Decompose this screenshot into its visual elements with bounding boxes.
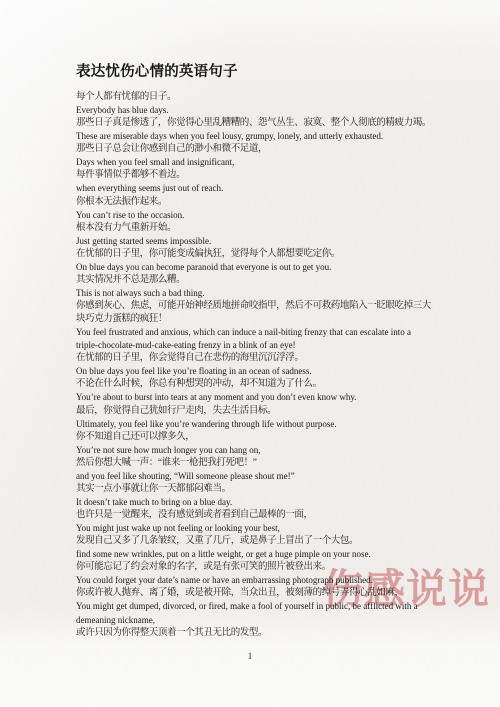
text-line: demeaning nickname, [76,614,436,627]
text-line: 或许只因为你得整天顶着一个其丑无比的发型。 [76,627,436,640]
page-title: 表达忧伤心情的英语句子 [76,64,436,81]
text-line: 在忧郁的日子里，你可能变成偏执狂，觉得每个人都想要吃定你。 [76,248,436,261]
text-line: 你感到灰心、焦虑，可能开始神经质地拼命咬指甲，然后不可救药地陷入一眨眼吃掉三大 [76,300,436,313]
text-line: Ultimately, you feel like you’re wanderi… [76,418,436,431]
document-content: 表达忧伤心情的英语句子 每个人都有忧郁的日子。Everybody has blu… [76,64,436,640]
text-line: This is not always such a bad thing. [76,287,436,300]
text-line: You’re about to burst into tears at any … [76,391,436,404]
text-line: 那些日子真是惨透了，你觉得心里乱糟糟的、怨气丛生、寂寞、整个人彻底的精疲力竭。 [76,117,436,130]
text-line: 其实情况并不总是那么糟。 [76,274,436,287]
text-line: when everything seems just out of reach. [76,182,436,195]
text-line: 不论在什么时候，你总有种想哭的冲动，却不知道为了什么。 [76,378,436,391]
text-line: 发现自己又多了几条皱纹，又重了几斤，或是鼻子上冒出了一个大包。 [76,535,436,548]
text-line: and you feel like shouting, “Will someon… [76,470,436,483]
text-lines: 每个人都有忧郁的日子。Everybody has blue days.那些日子真… [76,91,436,640]
text-line: These are miserable days when you feel l… [76,130,436,143]
page-number: 1 [0,651,500,661]
text-line: Days when you feel small and insignifica… [76,156,436,169]
text-line: 最后，你觉得自己犹如行尸走肉，失去生活目标。 [76,405,436,418]
text-line: 在忧郁的日子里，你会觉得自己在悲伤的海里沉沉浮浮。 [76,352,436,365]
text-line: 你可能忘记了约会对象的名字，或是有张可笑的照片被登出来。 [76,561,436,574]
text-line: 块巧克力蛋糕的疯狂！ [76,313,436,326]
text-line: find some new wrinkles, put on a little … [76,548,436,561]
text-line: You’re not sure how much longer you can … [76,444,436,457]
text-line: 你根本无法振作起来。 [76,196,436,209]
text-line: 也许只是一觉醒来，没有感觉到或者看到自己最棒的一面， [76,509,436,522]
text-line: On blue days you can become paranoid tha… [76,261,436,274]
text-line: 那些日子总会让你感到自己的渺小和微不足道， [76,143,436,156]
text-line: 然后你想大喊一声：“谁来一枪把我打死吧！” [76,457,436,470]
text-line: You might just wake up not feeling or lo… [76,522,436,535]
text-line: You feel frustrated and anxious, which c… [76,326,436,339]
document-page: 伤感说说 表达忧伤心情的英语句子 每个人都有忧郁的日子。Everybody ha… [0,0,500,707]
text-line: 根本没有力气重新开始。 [76,222,436,235]
text-line: 每个人都有忧郁的日子。 [76,91,436,104]
text-line: Everybody has blue days. [76,104,436,117]
text-line: It doesn’t take much to bring on a blue … [76,496,436,509]
text-line: You could forget your date’s name or hav… [76,574,436,587]
text-line: You might get dumped, divorced, or fired… [76,600,436,613]
text-line: 你不知道自己还可以撑多久， [76,431,436,444]
text-line: 每件事情似乎都够不着边。 [76,169,436,182]
text-line: On blue days you feel like you’re floati… [76,365,436,378]
text-line: Just getting started seems impossible. [76,235,436,248]
text-line: 其实一点小事就让你一天都郁闷难当。 [76,483,436,496]
text-line: triple-chocolate-mud-cake-eating frenzy … [76,339,436,352]
text-line: You can’t rise to the occasion. [76,209,436,222]
text-line: 你或许被人抛弃、离了婚，或是被开除，当众出丑，被刻薄的绰号弄得心乱如麻， [76,587,436,600]
